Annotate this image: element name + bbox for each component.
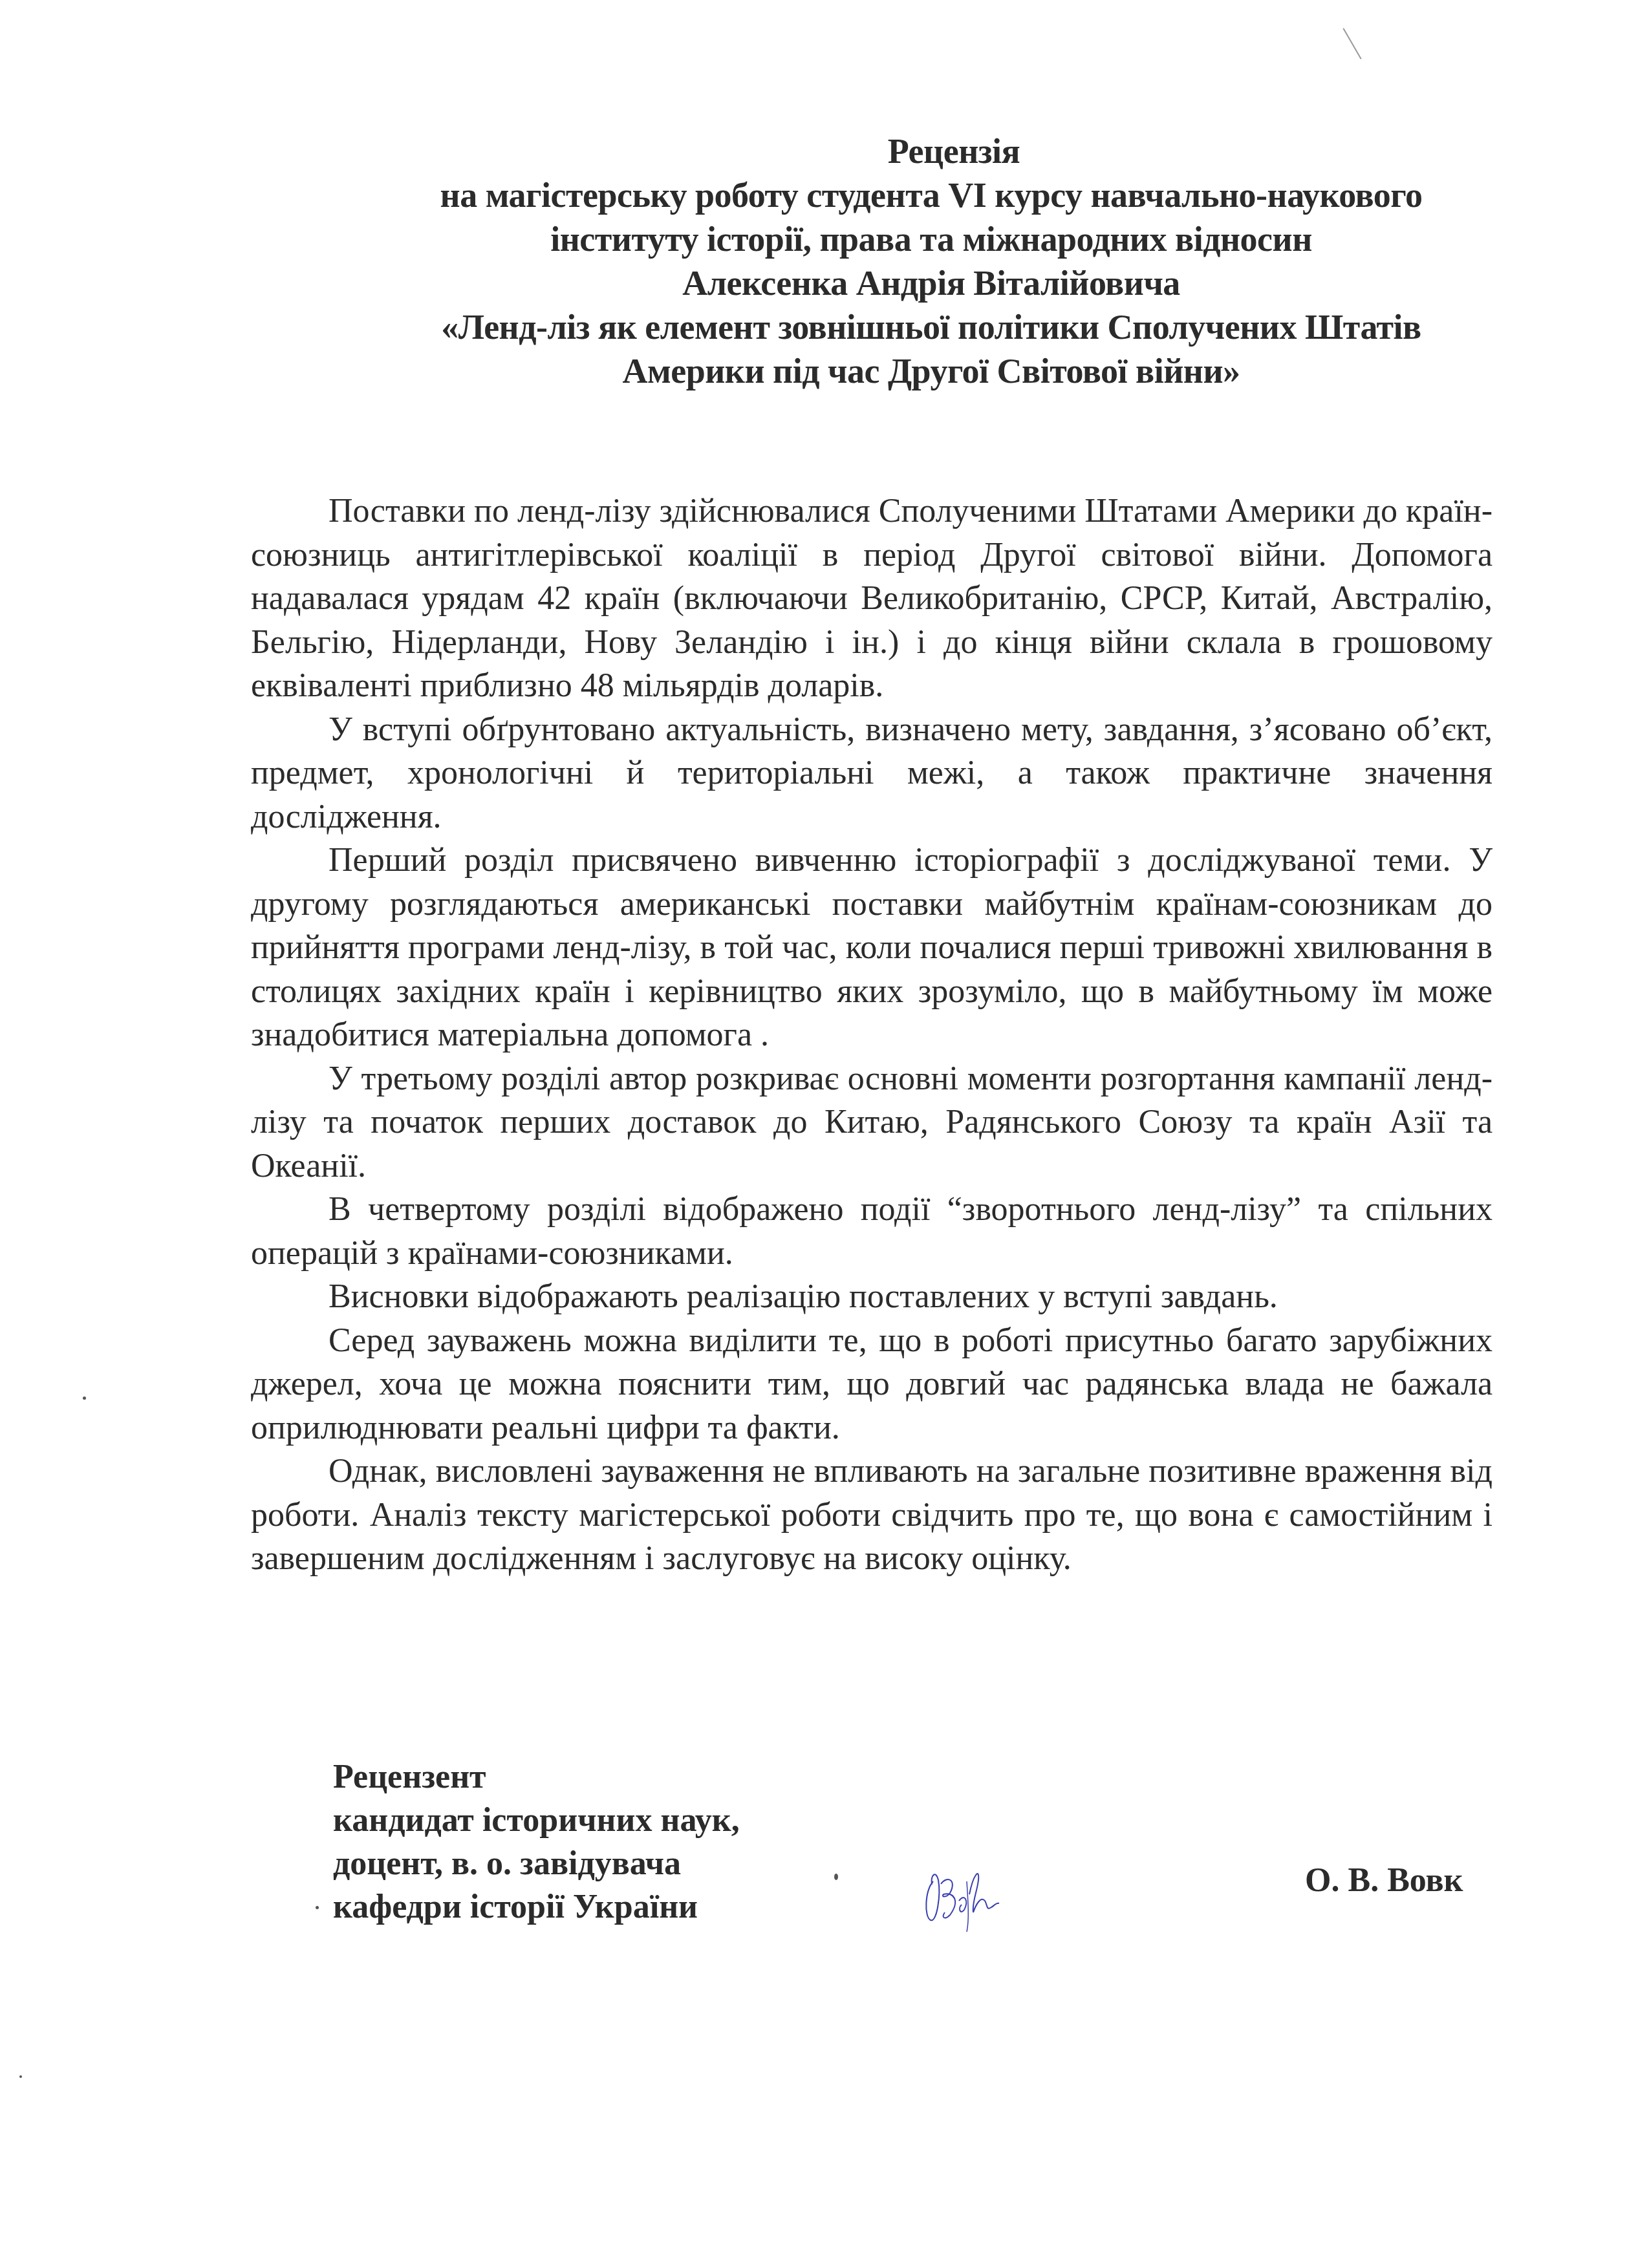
paragraph: Однак, висловлені зауваження не впливают… <box>251 1450 1493 1581</box>
title-line: на магістерську роботу студента VI курсу… <box>362 173 1500 217</box>
paragraph: В четвертому розділі відображено події “… <box>251 1188 1493 1275</box>
document-title: Рецензія на магістерську роботу студента… <box>362 129 1500 393</box>
paragraph: Серед зауважень можна виділити те, що в … <box>251 1319 1493 1450</box>
review-body: Поставки по ленд-лізу здійснювалися Спол… <box>251 489 1493 1581</box>
reviewer-department: кафедри історії України <box>333 1885 740 1929</box>
scan-speck <box>834 1874 838 1880</box>
reviewer-position: доцент, в. о. завідувача <box>333 1842 740 1885</box>
paragraph: Висновки відображають реалізацію поставл… <box>251 1275 1493 1319</box>
scan-speck <box>83 1396 86 1400</box>
paragraph: У третьому розділі автор розкриває основ… <box>251 1057 1493 1188</box>
title-heading: Рецензія <box>407 129 1500 173</box>
reviewer-label: Рецензент <box>333 1755 740 1799</box>
student-name: Алексенка Андрія Віталійовича <box>362 261 1500 305</box>
thesis-title: Америки під час Другої Світової війни» <box>362 349 1500 393</box>
title-line: інституту історії, права та міжнародних … <box>362 217 1500 261</box>
document-page: Рецензія на магістерську роботу студента… <box>0 0 1649 2268</box>
reviewer-credentials: Рецензент кандидат історичних наук, доце… <box>333 1755 740 1929</box>
paragraph: Перший розділ присвячено вивченню історі… <box>251 839 1493 1057</box>
scan-speck <box>19 2075 22 2078</box>
reviewer-degree: кандидат історичних наук, <box>333 1799 740 1842</box>
thesis-title: «Ленд-ліз як елемент зовнішньої політики… <box>362 305 1500 349</box>
scan-mark <box>1342 28 1361 59</box>
paragraph: У вступі обґрунтовано актуальність, визн… <box>251 708 1493 839</box>
reviewer-name: О. В. Вовк <box>1305 1859 1463 1902</box>
scan-speck <box>316 1906 319 1909</box>
paragraph: Поставки по ленд-лізу здійснювалися Спол… <box>251 489 1493 708</box>
handwritten-signature-icon <box>921 1856 1006 1940</box>
